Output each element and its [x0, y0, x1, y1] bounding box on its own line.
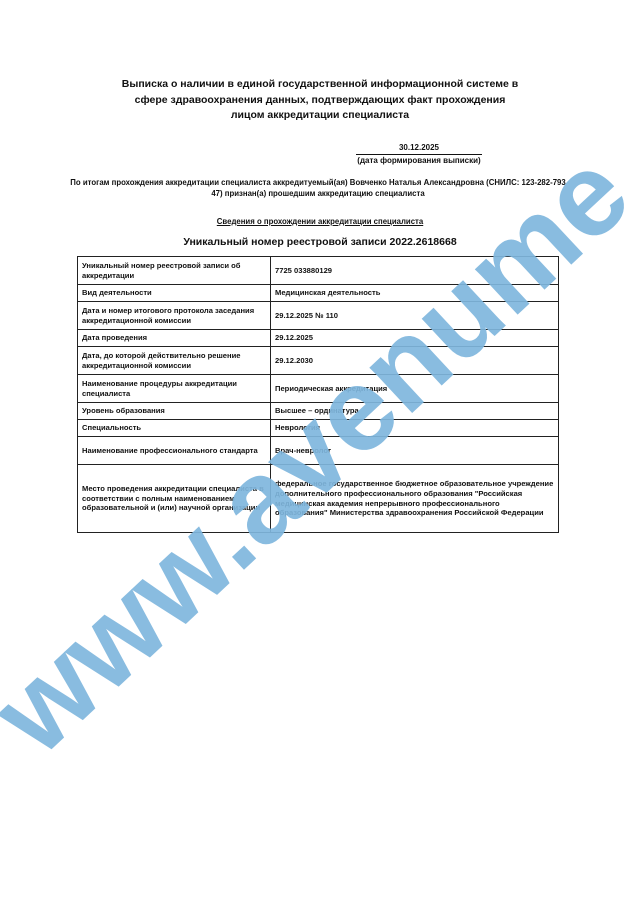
accreditation-summary: По итогам прохождения аккредитации специ…	[70, 178, 566, 199]
row-label: Уникальный номер реестровой записи об ак…	[78, 257, 271, 285]
table-row: Место проведения аккредитации специалист…	[78, 465, 559, 533]
issue-date-value: 30.12.2025	[356, 143, 482, 155]
table-row: Наименование профессионального стандарта…	[78, 437, 559, 465]
row-value: Врач-невролог	[271, 437, 559, 465]
row-value: 29.12.2025	[271, 330, 559, 347]
row-value: 29.12.2025 № 110	[271, 302, 559, 330]
row-value: Периодическая аккредитация	[271, 375, 559, 403]
row-value: Медицинская деятельность	[271, 285, 559, 302]
table-row: Уникальный номер реестровой записи об ак…	[78, 257, 559, 285]
row-label: Дата, до которой действительно решение а…	[78, 347, 271, 375]
document-page: Выписка о наличии в единой государственн…	[0, 0, 636, 900]
table-row: Вид деятельности Медицинская деятельност…	[78, 285, 559, 302]
row-value: Неврология	[271, 420, 559, 437]
row-label: Место проведения аккредитации специалист…	[78, 465, 271, 533]
row-value: 29.12.2030	[271, 347, 559, 375]
row-label: Дата и номер итогового протокола заседан…	[78, 302, 271, 330]
row-label: Специальность	[78, 420, 271, 437]
registry-number-heading: Уникальный номер реестровой записи 2022.…	[120, 236, 520, 248]
table-row: Наименование процедуры аккредитации спец…	[78, 375, 559, 403]
table-row: Дата, до которой действительно решение а…	[78, 347, 559, 375]
issue-date-caption: (дата формирования выписки)	[356, 155, 482, 166]
row-label: Дата проведения	[78, 330, 271, 347]
accreditation-details-table: Уникальный номер реестровой записи об ак…	[77, 256, 559, 533]
table-row: Специальность Неврология	[78, 420, 559, 437]
section-title: Сведения о прохождении аккредитации спец…	[120, 217, 520, 226]
row-label: Вид деятельности	[78, 285, 271, 302]
issue-date-block: 30.12.2025 (дата формирования выписки)	[356, 143, 482, 166]
document-title: Выписка о наличии в единой государственн…	[120, 77, 520, 124]
row-value: 7725 033880129	[271, 257, 559, 285]
row-value: федеральное государственное бюджетное об…	[271, 465, 559, 533]
row-value: Высшее – ординатура	[271, 403, 559, 420]
table-row: Дата проведения 29.12.2025	[78, 330, 559, 347]
table-row: Дата и номер итогового протокола заседан…	[78, 302, 559, 330]
row-label: Наименование процедуры аккредитации спец…	[78, 375, 271, 403]
table-row: Уровень образования Высшее – ординатура	[78, 403, 559, 420]
row-label: Уровень образования	[78, 403, 271, 420]
row-label: Наименование профессионального стандарта	[78, 437, 271, 465]
